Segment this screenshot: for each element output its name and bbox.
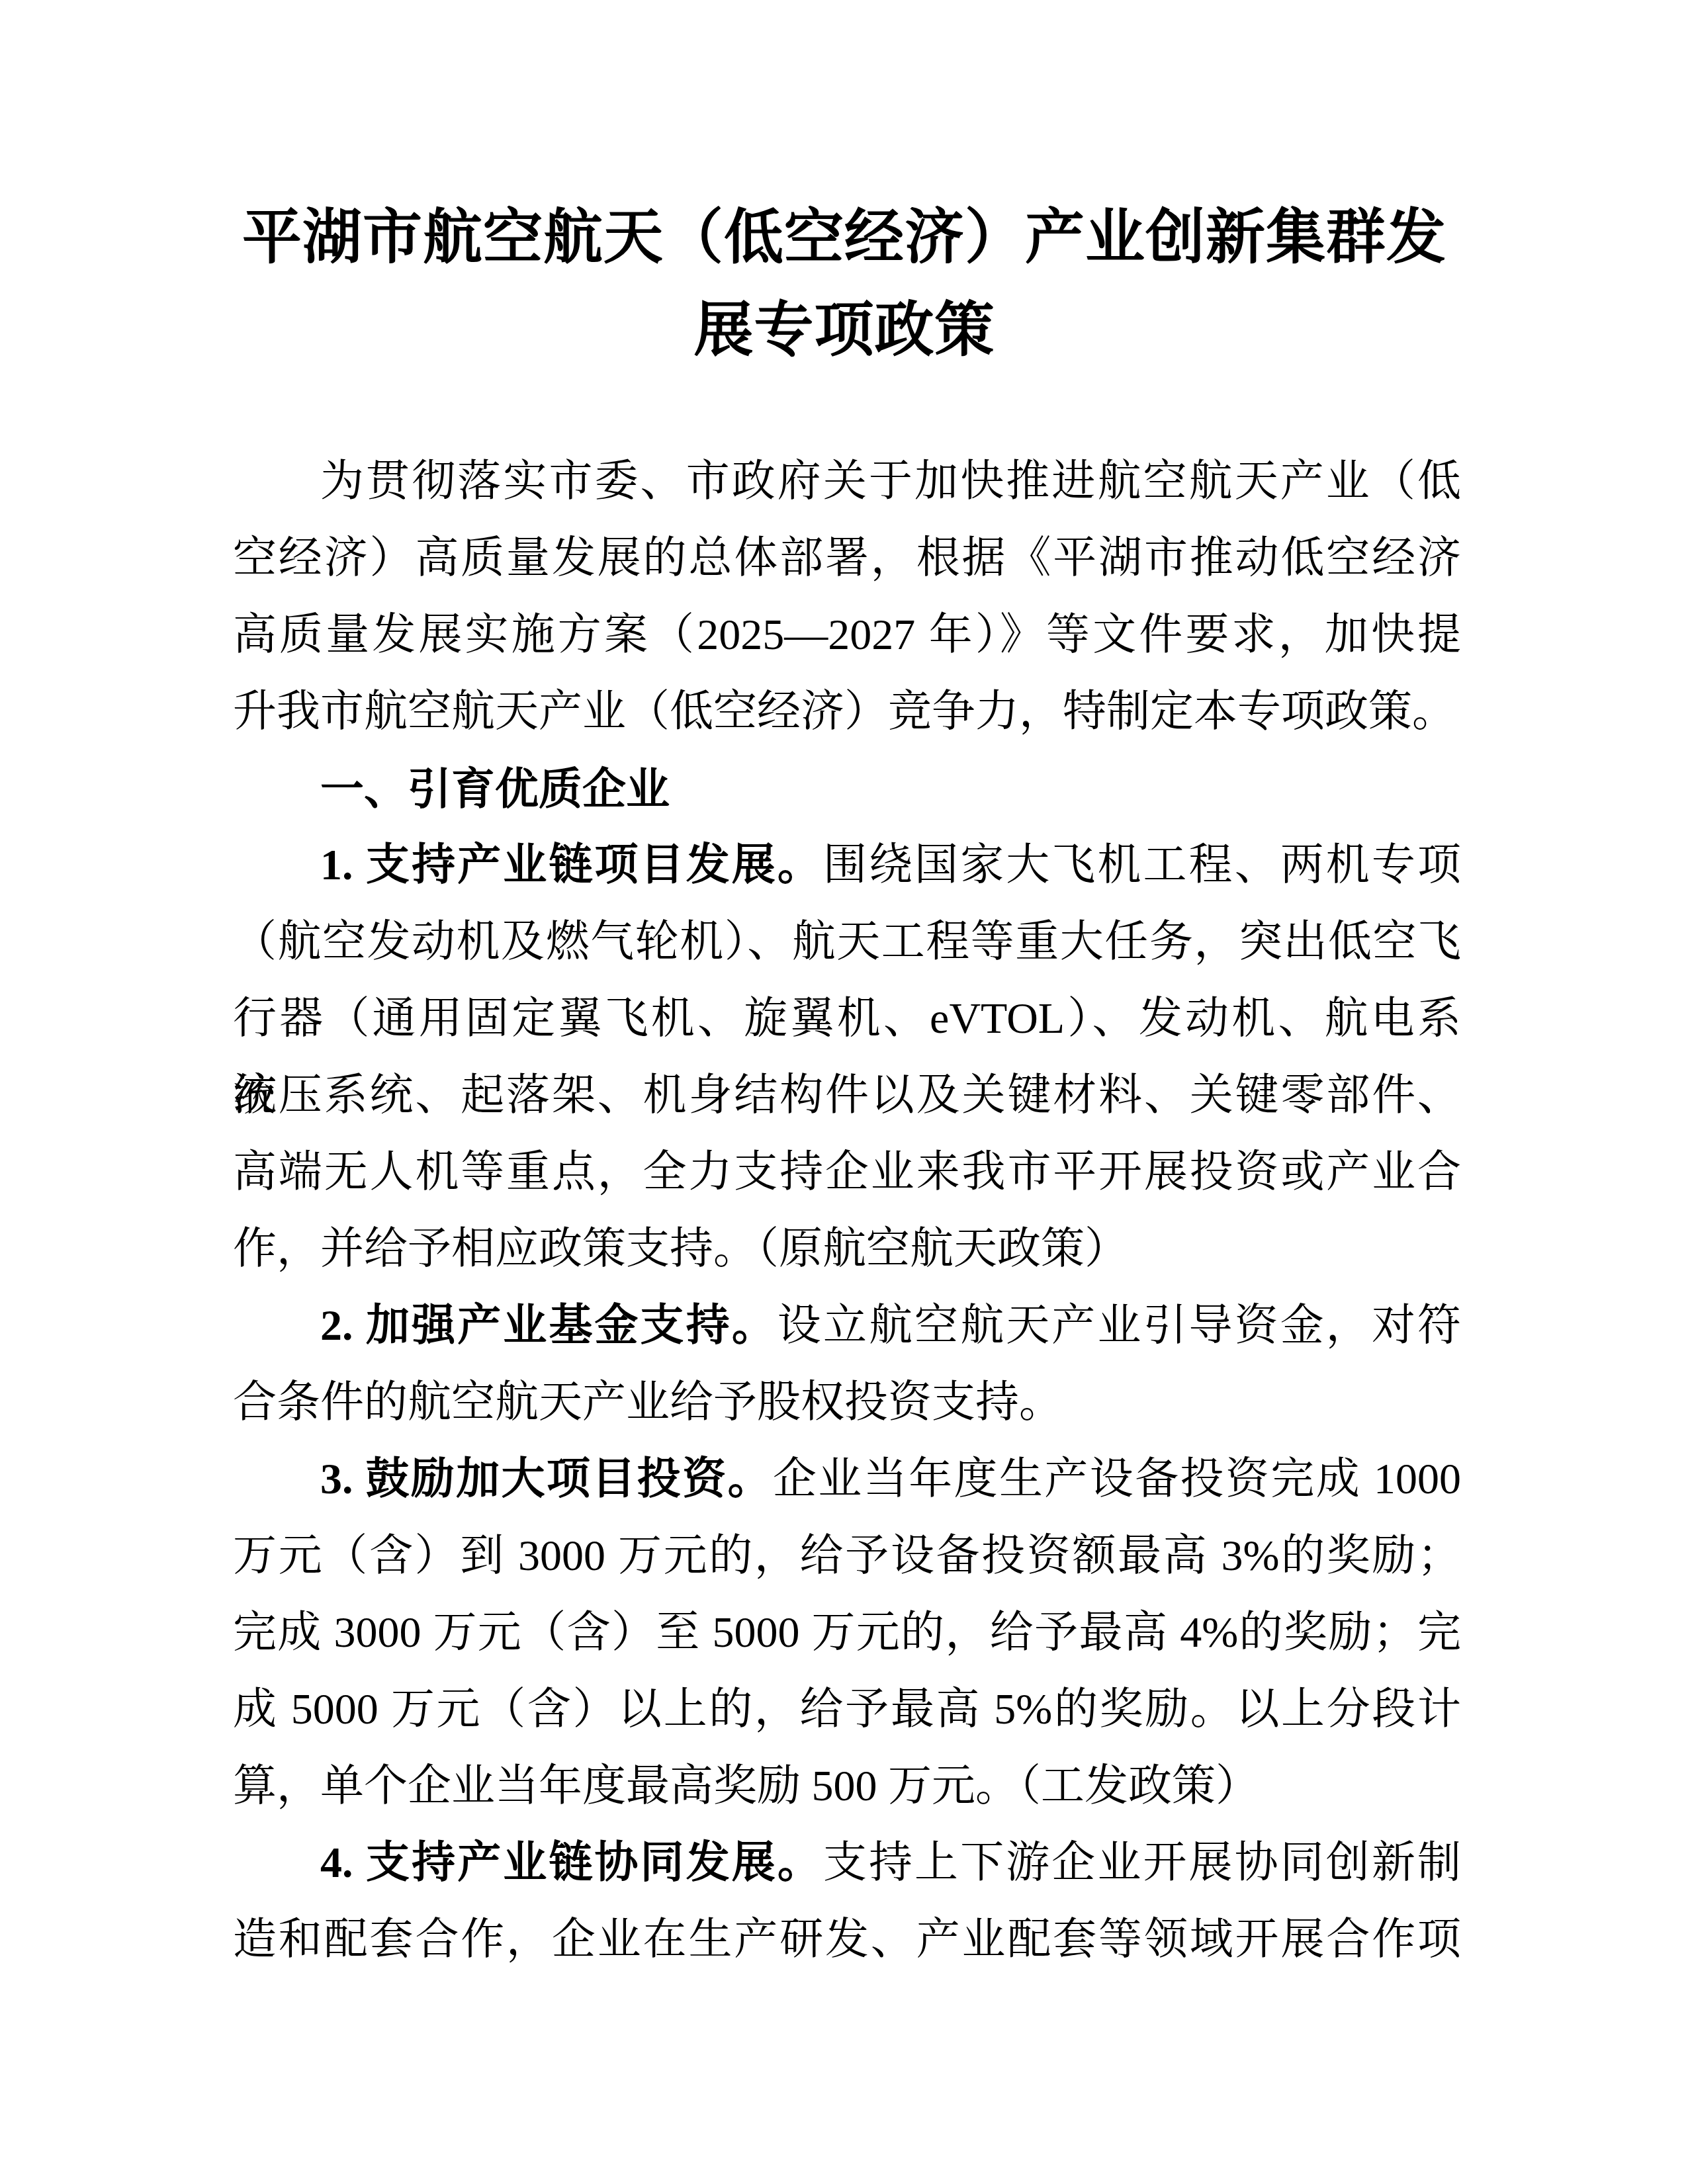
section-heading: 一、引育优质企业 (233, 750, 1461, 827)
item-3-text: 企业当年度生产设备投资完成 1000 (773, 1455, 1461, 1503)
intro-line-3: 高质量发展实施方案（2025—2027 年）》等文件要求，加快提 (233, 597, 1461, 674)
intro-line-1: 为贯彻落实市委、市政府关于加快推进航空航天产业（低 (233, 443, 1461, 520)
intro-line-2: 空经济）高质量发展的总体部署，根据《平湖市推动低空经济 (233, 520, 1461, 597)
item-2-lead: 2. 加强产业基金支持。 (320, 1301, 777, 1350)
item-4-text: 支持上下游企业开展协同创新制 (823, 1839, 1461, 1887)
item-1-line-5: 高端无人机等重点，全力支持企业来我市平开展投资或产业合 (233, 1134, 1461, 1211)
item-4-line-2: 造和配套合作，企业在生产研发、产业配套等领域开展合作项 (233, 1901, 1461, 1978)
document-page: 平湖市航空航天（低空经济）产业创新集群发 展专项政策 为贯彻落实市委、市政府关于… (0, 0, 1688, 2184)
item-3-line-3: 完成 3000 万元（含）至 5000 万元的，给予最高 4%的奖励；完 (233, 1594, 1461, 1671)
document-body: 为贯彻落实市委、市政府关于加快推进航空航天产业（低 空经济）高质量发展的总体部署… (233, 443, 1461, 1978)
item-2-line-1: 2. 加强产业基金支持。设立航空航天产业引导资金，对符 (233, 1288, 1461, 1364)
title-line-2: 展专项政策 (230, 284, 1458, 377)
item-1-line-1: 1. 支持产业链项目发展。围绕国家大飞机工程、两机专项 (233, 827, 1461, 904)
item-4-line-1: 4. 支持产业链协同发展。支持上下游企业开展协同创新制 (233, 1825, 1461, 1901)
item-1-line-2: （航空发动机及燃气轮机）、航天工程等重大任务，突出低空飞 (233, 904, 1461, 981)
item-4-lead: 4. 支持产业链协同发展。 (320, 1839, 823, 1887)
item-3-line-2: 万元（含）到 3000 万元的，给予设备投资额最高 3%的奖励； (233, 1518, 1461, 1594)
item-3-line-1: 3. 鼓励加大项目投资。企业当年度生产设备投资完成 1000 (233, 1441, 1461, 1518)
item-1-line-4: 液压系统、起落架、机身结构件以及关键材料、关键零部件、 (233, 1057, 1461, 1134)
item-3-line-4: 成 5000 万元（含）以上的，给予最高 5%的奖励。以上分段计 (233, 1671, 1461, 1748)
title-line-1: 平湖市航空航天（低空经济）产业创新集群发 (230, 192, 1458, 284)
item-2-line-2: 合条件的航空航天产业给予股权投资支持。 (233, 1364, 1461, 1441)
intro-line-4: 升我市航空航天产业（低空经济）竞争力，特制定本专项政策。 (233, 674, 1461, 750)
item-2-text: 设立航空航天产业引导资金，对符 (777, 1301, 1461, 1350)
item-1-line-3: 行器（通用固定翼飞机、旋翼机、eVTOL）、发动机、航电系统、 (233, 981, 1461, 1057)
item-3-line-5: 算，单个企业当年度最高奖励 500 万元。（工发政策） (233, 1748, 1461, 1825)
item-1-lead: 1. 支持产业链项目发展。 (320, 841, 823, 889)
item-1-line-6: 作，并给予相应政策支持。（原航空航天政策） (233, 1211, 1461, 1288)
document-title: 平湖市航空航天（低空经济）产业创新集群发 展专项政策 (230, 192, 1458, 377)
item-1-text: 围绕国家大飞机工程、两机专项 (823, 841, 1461, 889)
item-3-lead: 3. 鼓励加大项目投资。 (320, 1455, 773, 1503)
